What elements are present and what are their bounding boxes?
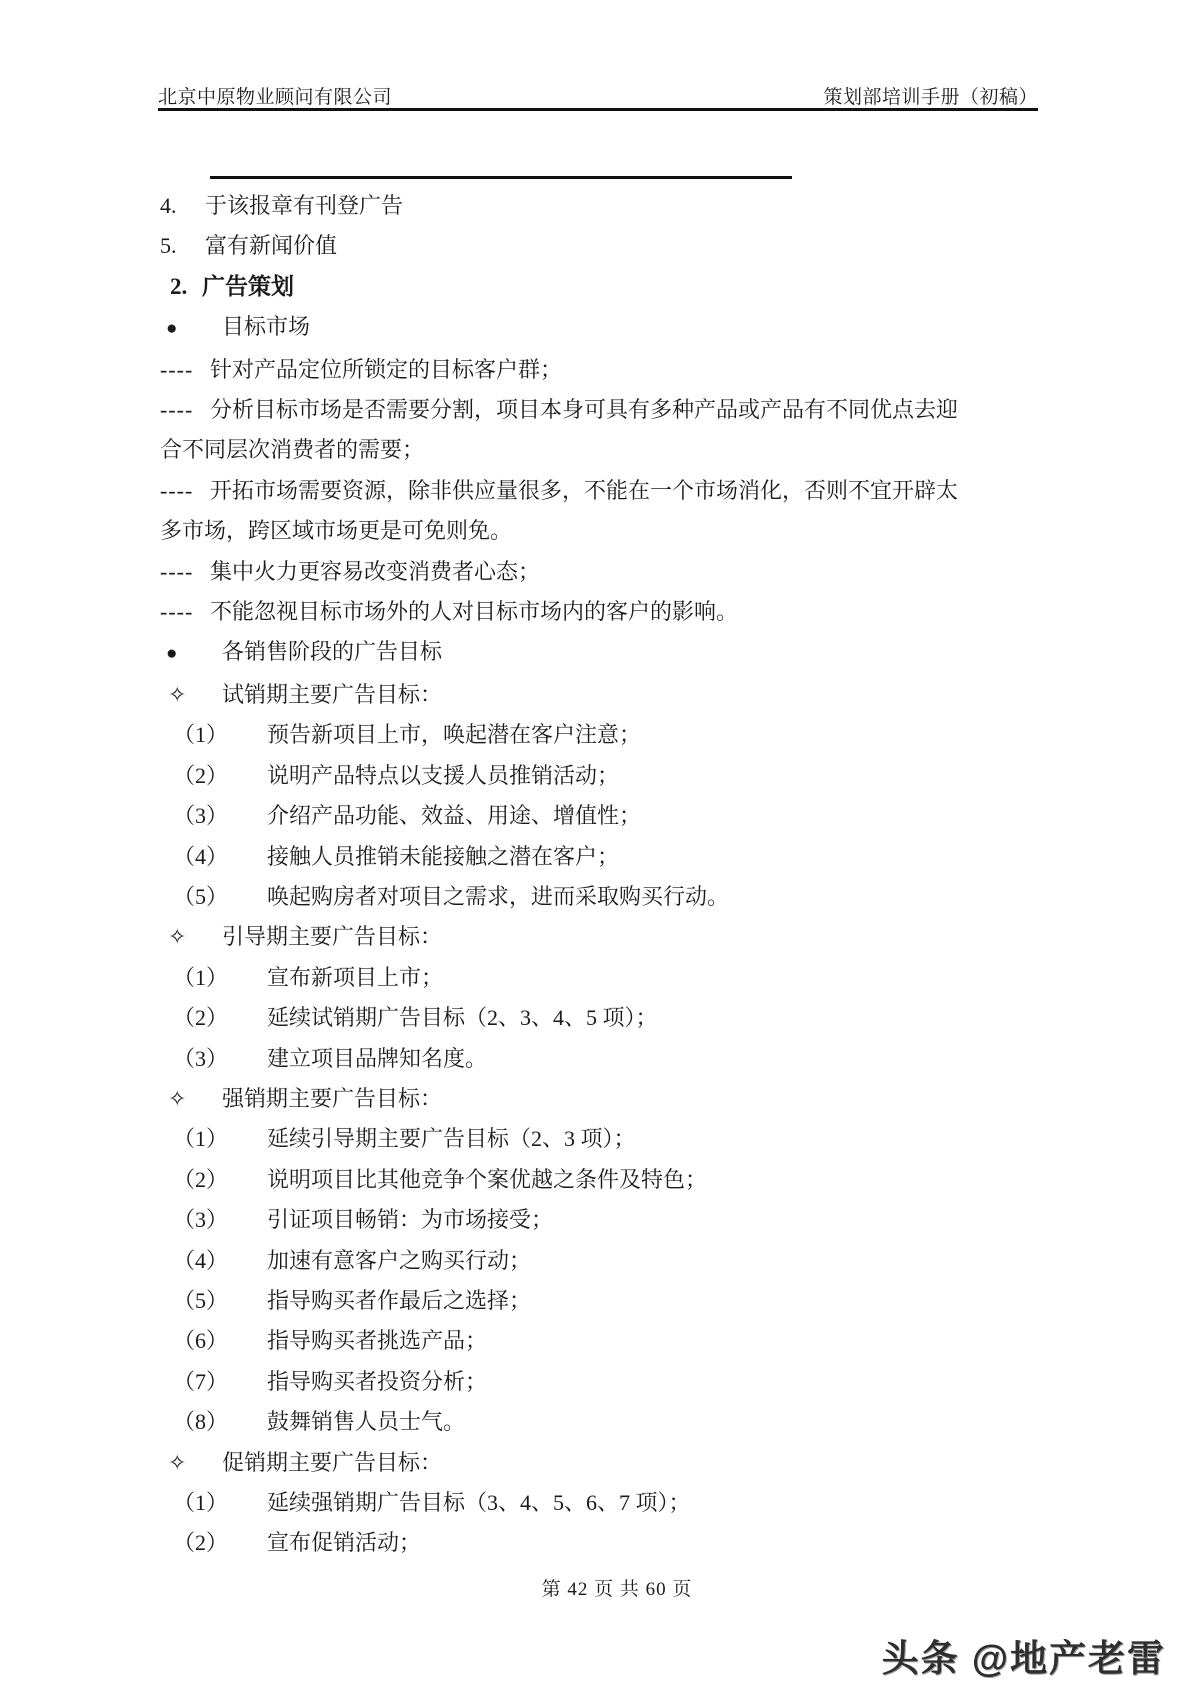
document-line: 4.于该报章有刊登广告 xyxy=(160,186,1060,226)
line-text: 指导购买者挑选产品； xyxy=(267,1328,487,1353)
line-text: 唤起购房者对项目之需求，进而采取购买行动。 xyxy=(267,884,729,909)
item-number-marker: （1） xyxy=(160,958,267,998)
document-page: 北京中原物业顾问有限公司 策划部培训手册（初稿） 4.于该报章有刊登广告5.富有… xyxy=(0,0,1200,1697)
line-text: 预告新项目上市，唤起潜在客户注意； xyxy=(267,722,641,747)
document-line: （3）引证项目畅销：为市场接受； xyxy=(160,1200,1060,1240)
document-line: ----分析目标市场是否需要分割，项目本身可具有多种产品或产品有不同优点去迎 xyxy=(160,390,1060,430)
line-text: 延续试销期广告目标（2、3、4、5 项）； xyxy=(267,1005,658,1030)
bullet-icon: ● xyxy=(160,309,222,349)
document-line: （2）延续试销期广告目标（2、3、4、5 项）； xyxy=(160,998,1060,1038)
list-number-marker: 4. xyxy=(160,186,205,226)
document-line: ✧引导期主要广告目标： xyxy=(160,917,1060,957)
line-text: 介绍产品功能、效益、用途、增值性； xyxy=(267,803,641,828)
item-number-marker: （2） xyxy=(160,756,267,796)
document-line: （1）预告新项目上市，唤起潜在客户注意； xyxy=(160,715,1060,755)
item-number-marker: （2） xyxy=(160,998,267,1038)
document-line: 2.广告策划 xyxy=(160,267,1060,307)
document-line: （2）说明项目比其他竞争个案优越之条件及特色； xyxy=(160,1160,1060,1200)
document-line: （3）建立项目品牌知名度。 xyxy=(160,1039,1060,1079)
item-number-marker: （7） xyxy=(160,1362,267,1402)
line-text: 开拓市场需要资源，除非供应量很多，不能在一个市场消化，否则不宜开辟太 xyxy=(210,478,958,503)
line-text: 宣布新项目上市； xyxy=(267,965,443,990)
line-text: 各销售阶段的广告目标 xyxy=(222,639,442,664)
line-text: 目标市场 xyxy=(222,314,310,339)
line-text: 接触人员推销未能接触之潜在客户； xyxy=(267,844,619,869)
line-text: 说明产品特点以支援人员推销活动； xyxy=(267,763,619,788)
dash-marker: ---- xyxy=(160,471,210,511)
line-text: 说明项目比其他竞争个案优越之条件及特色； xyxy=(267,1167,707,1192)
item-number-marker: （4） xyxy=(160,1241,267,1281)
item-number-marker: （3） xyxy=(160,796,267,836)
diamond-bullet-icon: ✧ xyxy=(160,1079,222,1119)
diamond-bullet-icon: ✧ xyxy=(160,917,222,957)
line-text: 多市场，跨区域市场更是可免则免。 xyxy=(160,518,512,543)
line-text: 不能忽视目标市场外的人对目标市场内的客户的影响。 xyxy=(210,599,738,624)
line-text: 强销期主要广告目标： xyxy=(222,1086,442,1111)
document-line: （1）宣布新项目上市； xyxy=(160,958,1060,998)
document-body: 4.于该报章有刊登广告5.富有新闻价值2.广告策划●目标市场----针对产品定位… xyxy=(160,186,1060,1564)
document-line: （4）接触人员推销未能接触之潜在客户； xyxy=(160,837,1060,877)
item-number-marker: （1） xyxy=(160,1483,267,1523)
document-line: ----集中火力更容易改变消费者心态； xyxy=(160,552,1060,592)
line-text: 合不同层次消费者的需要； xyxy=(160,437,424,462)
item-number-marker: （2） xyxy=(160,1160,267,1200)
line-text: 加速有意客户之购买行动； xyxy=(267,1248,531,1273)
line-text: 富有新闻价值 xyxy=(205,233,337,258)
document-line: （6）指导购买者挑选产品； xyxy=(160,1321,1060,1361)
item-number-marker: （1） xyxy=(160,1119,267,1159)
header-manual-title: 策划部培训手册（初稿） xyxy=(823,82,1038,109)
line-text: 促销期主要广告目标： xyxy=(222,1450,442,1475)
line-text: 指导购买者投资分析； xyxy=(267,1369,487,1394)
item-number-marker: （8） xyxy=(160,1402,267,1442)
item-number-marker: （4） xyxy=(160,837,267,877)
document-line: （2）宣布促销活动； xyxy=(160,1523,1060,1563)
document-line: ----针对产品定位所锁定的目标客户群； xyxy=(160,350,1060,390)
line-text: 宣布促销活动； xyxy=(267,1530,421,1555)
line-text: 试销期主要广告目标： xyxy=(222,682,442,707)
line-text: 分析目标市场是否需要分割，项目本身可具有多种产品或产品有不同优点去迎 xyxy=(210,397,958,422)
separator-line xyxy=(210,176,792,179)
item-number-marker: （1） xyxy=(160,715,267,755)
document-line: （4）加速有意客户之购买行动； xyxy=(160,1241,1060,1281)
document-line: ●目标市场 xyxy=(160,307,1060,349)
line-text: 于该报章有刊登广告 xyxy=(205,193,403,218)
document-line: ✧试销期主要广告目标： xyxy=(160,675,1060,715)
dash-marker: ---- xyxy=(160,390,210,430)
section-number-marker: 2. xyxy=(160,267,202,307)
bullet-icon: ● xyxy=(160,634,222,674)
page-header: 北京中原物业顾问有限公司 策划部培训手册（初稿） xyxy=(158,82,1038,109)
diamond-bullet-icon: ✧ xyxy=(160,1443,222,1483)
diamond-bullet-icon: ✧ xyxy=(160,675,222,715)
document-line: （8）鼓舞销售人员士气。 xyxy=(160,1402,1060,1442)
line-text: 引证项目畅销：为市场接受； xyxy=(267,1207,553,1232)
dash-marker: ---- xyxy=(160,552,210,592)
line-text: 广告策划 xyxy=(202,274,294,299)
document-line: （5）唤起购房者对项目之需求，进而采取购买行动。 xyxy=(160,877,1060,917)
document-line: （1）延续引导期主要广告目标（2、3 项）； xyxy=(160,1119,1060,1159)
line-text: 指导购买者作最后之选择； xyxy=(267,1288,531,1313)
list-number-marker: 5. xyxy=(160,226,205,266)
line-text: 鼓舞销售人员士气。 xyxy=(267,1409,465,1434)
item-number-marker: （2） xyxy=(160,1523,267,1563)
watermark-text: 头条 @地产老雷 xyxy=(882,1628,1166,1682)
line-text: 延续强销期广告目标（3、4、5、6、7 项）； xyxy=(267,1490,691,1515)
document-line: ----不能忽视目标市场外的人对目标市场内的客户的影响。 xyxy=(160,592,1060,632)
dash-marker: ---- xyxy=(160,350,210,390)
document-line: （5）指导购买者作最后之选择； xyxy=(160,1281,1060,1321)
line-text: 集中火力更容易改变消费者心态； xyxy=(210,559,540,584)
item-number-marker: （5） xyxy=(160,877,267,917)
dash-marker: ---- xyxy=(160,592,210,632)
document-line: （3）介绍产品功能、效益、用途、增值性； xyxy=(160,796,1060,836)
line-text: 延续引导期主要广告目标（2、3 项）； xyxy=(267,1126,636,1151)
document-line: 合不同层次消费者的需要； xyxy=(160,430,1060,470)
item-number-marker: （5） xyxy=(160,1281,267,1321)
document-line: 多市场，跨区域市场更是可免则免。 xyxy=(160,511,1060,551)
item-number-marker: （6） xyxy=(160,1321,267,1361)
item-number-marker: （3） xyxy=(160,1039,267,1079)
header-rule xyxy=(158,108,1038,111)
item-number-marker: （3） xyxy=(160,1200,267,1240)
page-number-footer: 第 42 页 共 60 页 xyxy=(0,1574,1200,1601)
header-company-name: 北京中原物业顾问有限公司 xyxy=(158,82,392,109)
document-line: （7）指导购买者投资分析； xyxy=(160,1362,1060,1402)
document-line: （2）说明产品特点以支援人员推销活动； xyxy=(160,756,1060,796)
document-line: ----开拓市场需要资源，除非供应量很多，不能在一个市场消化，否则不宜开辟太 xyxy=(160,471,1060,511)
document-line: 5.富有新闻价值 xyxy=(160,226,1060,266)
document-line: ✧强销期主要广告目标： xyxy=(160,1079,1060,1119)
document-line: （1）延续强销期广告目标（3、4、5、6、7 项）； xyxy=(160,1483,1060,1523)
line-text: 针对产品定位所锁定的目标客户群； xyxy=(210,357,562,382)
document-line: ✧促销期主要广告目标： xyxy=(160,1443,1060,1483)
document-line: ●各销售阶段的广告目标 xyxy=(160,632,1060,674)
line-text: 引导期主要广告目标： xyxy=(222,924,442,949)
line-text: 建立项目品牌知名度。 xyxy=(267,1046,487,1071)
